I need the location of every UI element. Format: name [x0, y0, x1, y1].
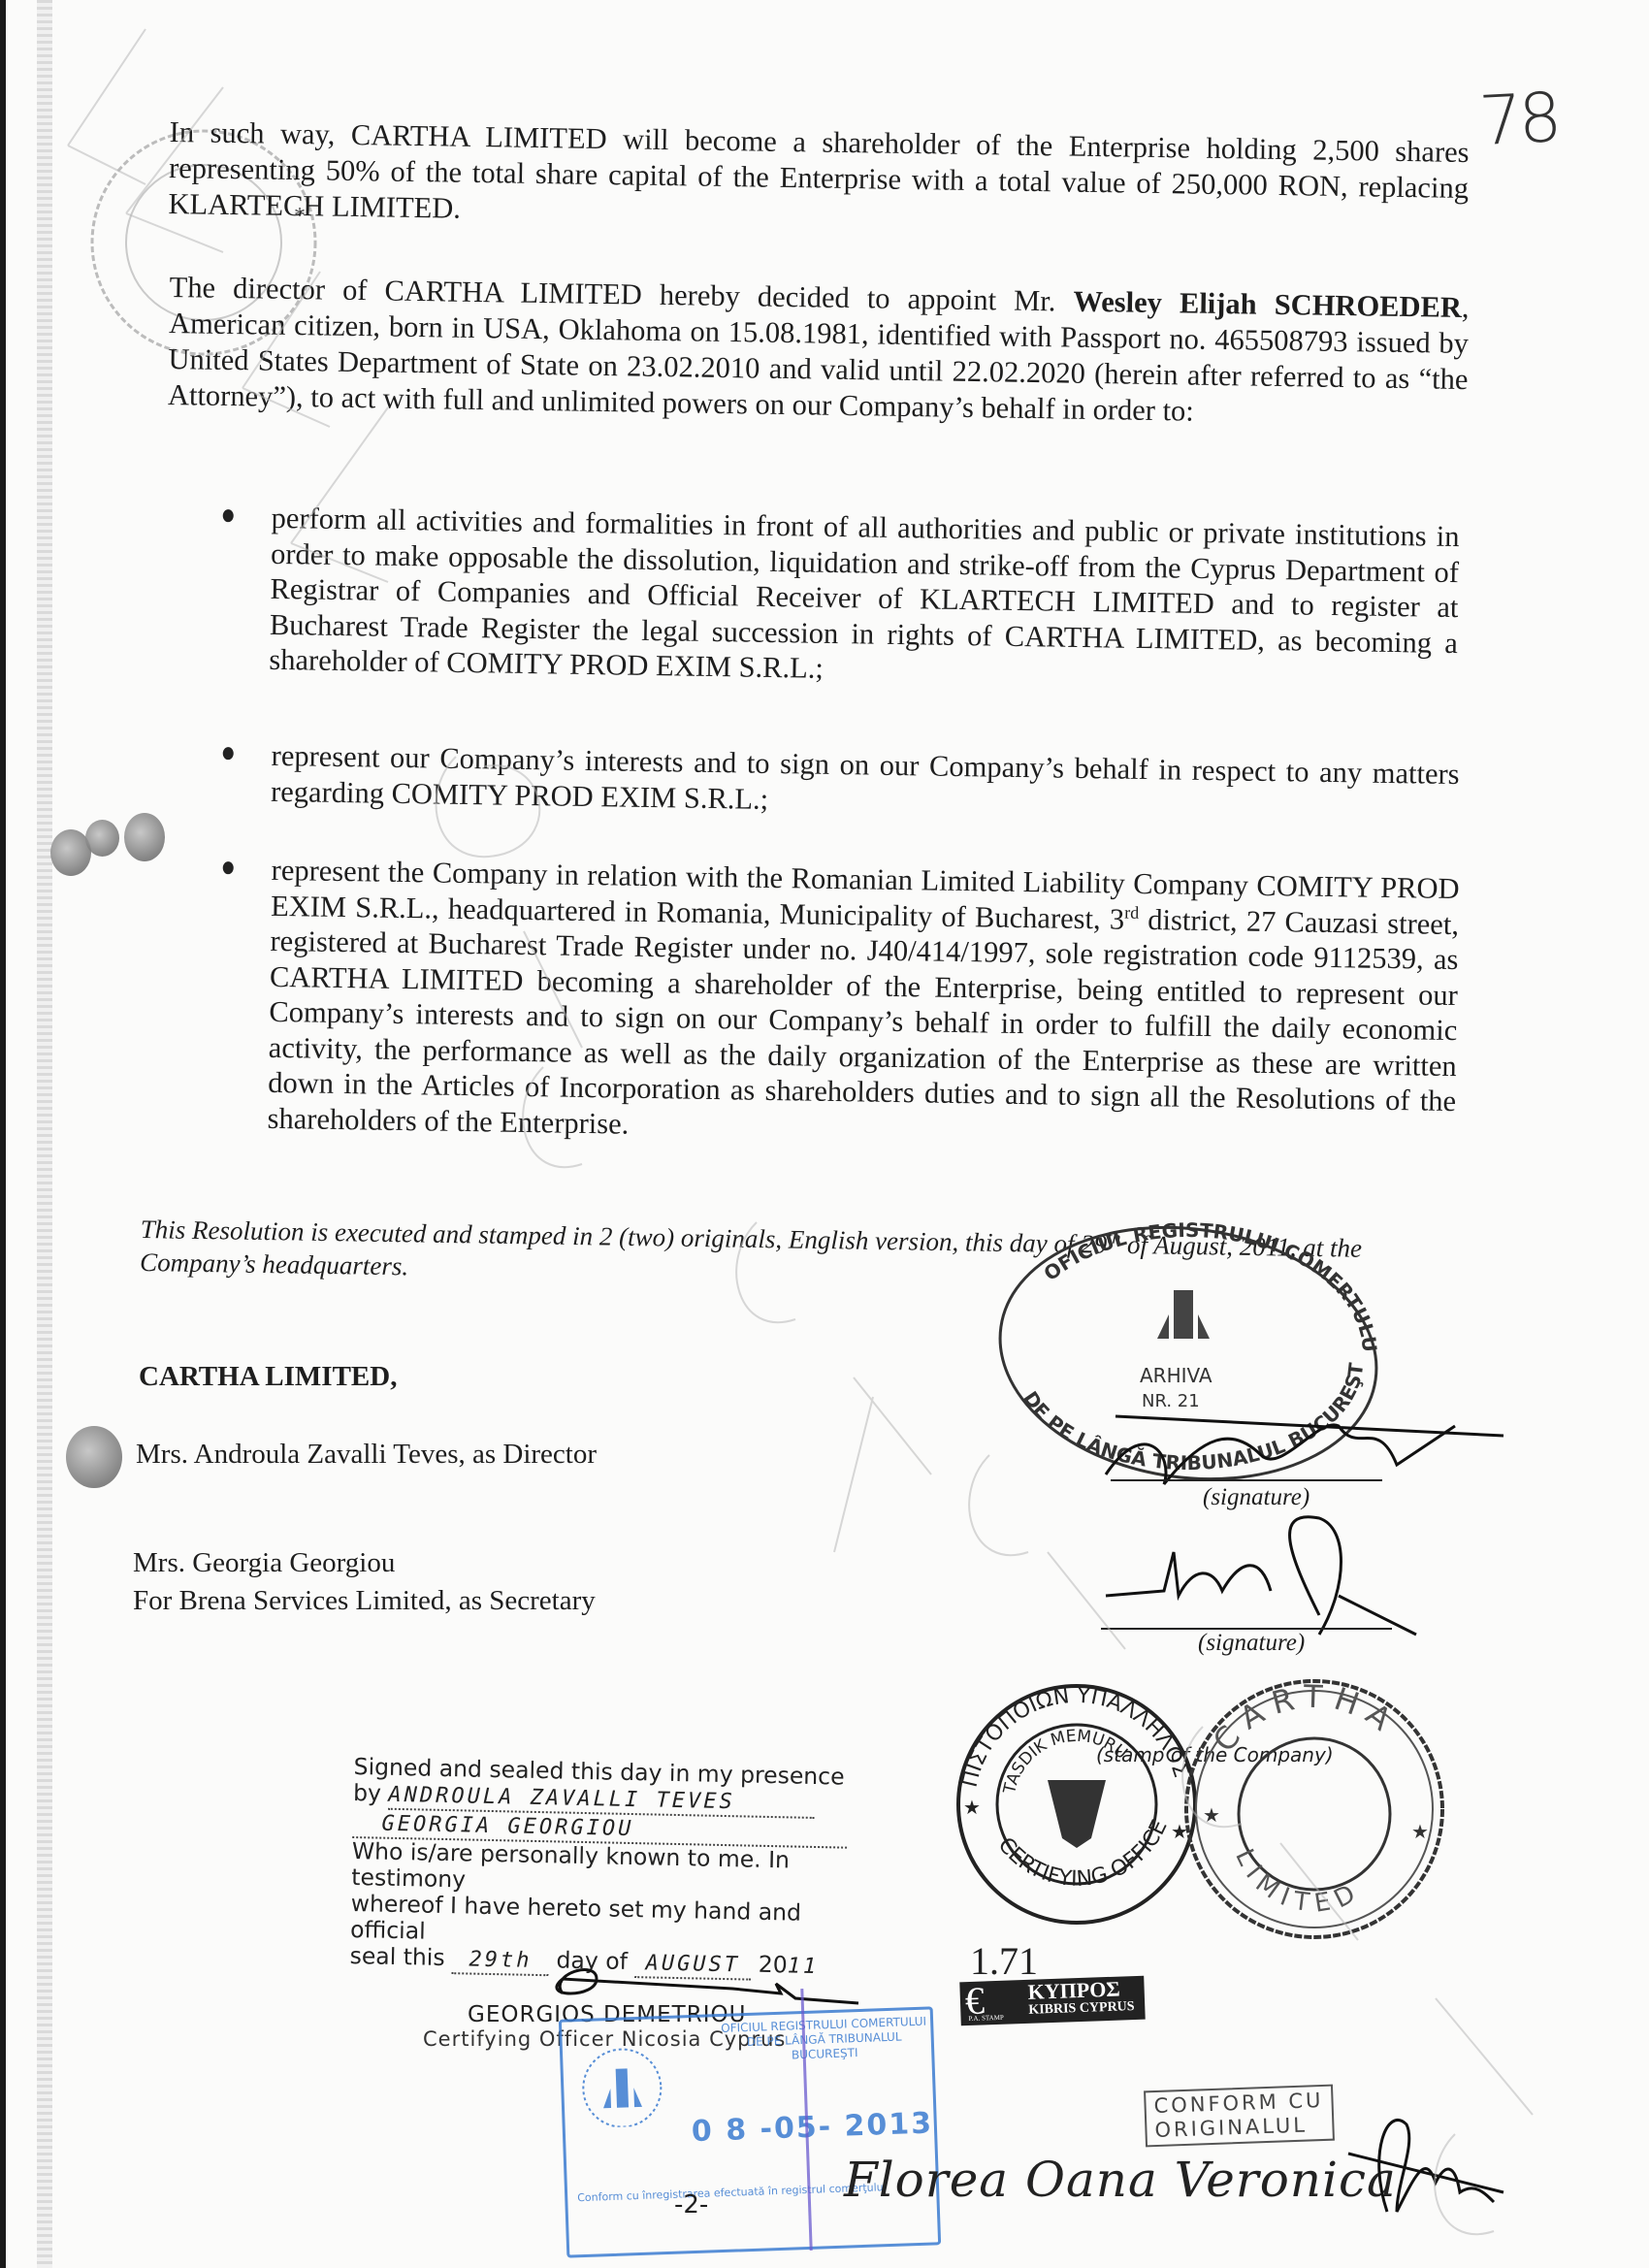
secretary-signature	[1096, 1499, 1426, 1644]
ink-smudge	[85, 820, 119, 857]
fiscal-stamp-small: P.A. STAMP	[968, 2014, 1003, 2023]
power-item-1: perform all activities and formalities i…	[215, 500, 1460, 697]
secretary-role: For Brena Services Limited, as Secretary	[133, 1585, 596, 1617]
certifier-signature	[1329, 2095, 1542, 2241]
signature-line	[1111, 1479, 1382, 1481]
certifying-officer-seal: ΠΙΣΤΟΠΟΙΩΝ ΥΠΑΛΛΗΛΟΣ CERTIFYING OFFICER …	[946, 1673, 1208, 1935]
blue-stamp-date: 0 8 -05- 2013	[691, 2106, 933, 2149]
director-signatory: Mrs. Androula Zavalli Teves, as Director	[136, 1439, 597, 1471]
bullet-icon	[223, 509, 234, 522]
ink-smudge	[124, 813, 165, 861]
svg-text:★: ★	[1411, 1822, 1429, 1843]
power-text: perform all activities and formalities i…	[269, 502, 1460, 685]
fiscal-stamp-latin: KIBRIS CYPRUS	[1028, 1999, 1135, 2019]
company-seal: CARTHA LIMITED ★ ★	[1174, 1669, 1455, 1950]
svg-text:★: ★	[963, 1798, 981, 1819]
notary-by-label: by	[353, 1779, 381, 1807]
secretary-name: Mrs. Georgia Georgiou	[133, 1547, 395, 1579]
scan-border	[0, 0, 6, 2268]
signature-label: (signature)	[1198, 1630, 1305, 1657]
power-item-2: represent our Company’s interests and to…	[217, 737, 1460, 827]
handwritten-certifier-name: Florea Oana Veronica	[844, 2152, 1397, 2208]
registry-date-stamp: OFICIUL REGISTRULUI COMERTULUI DE PE LÂN…	[559, 2006, 941, 2257]
notary-certification: Signed and sealed this day in my presenc…	[349, 1754, 868, 1983]
conform-original-stamp: CONFORM CU ORIGINALUL	[1144, 2085, 1335, 2148]
power-text: represent our Company’s interests and to…	[271, 739, 1460, 816]
registry-emblem-icon	[572, 2038, 672, 2128]
attorney-name: Wesley Elijah SCHROEDER	[1073, 285, 1462, 324]
page-marker: -2-	[674, 2190, 708, 2219]
svg-text:CARTHA: CARTHA	[1206, 1678, 1406, 1760]
notary-seal-label: seal this	[349, 1942, 445, 1971]
svg-text:ARHIVA: ARHIVA	[1140, 1364, 1212, 1387]
scan-edge-shadow	[37, 0, 52, 2268]
conform-line-2: ORIGINALUL	[1154, 2113, 1325, 2143]
blue-stamp-header: OFICIUL REGISTRULUI COMERTULUI DE PE LÂN…	[717, 2014, 931, 2065]
ordinal-suffix: rd	[1124, 902, 1139, 922]
company-name: CARTHA LIMITED,	[139, 1361, 397, 1393]
power-text-b: district, 27 Cauzasi street, registered …	[267, 902, 1459, 1140]
power-item-3: represent the Company in relation with t…	[213, 852, 1459, 1154]
page-number: 78	[1477, 78, 1560, 161]
bullet-icon	[223, 861, 234, 874]
paragraph-share-transfer: In such way, CARTHA LIMITED will become …	[168, 114, 1470, 243]
ink-smudge	[66, 1426, 122, 1488]
bullet-icon	[223, 747, 234, 760]
notary-day: 29th	[452, 1946, 550, 1976]
fiscal-stamp: € P.A. STAMP ΚΥΠΡΟΣ KIBRIS CYPRUS	[959, 1976, 1145, 2026]
paragraph-attorney-appointment: The director of CARTHA LIMITED hereby de…	[168, 270, 1470, 434]
svg-text:★: ★	[1203, 1805, 1220, 1827]
